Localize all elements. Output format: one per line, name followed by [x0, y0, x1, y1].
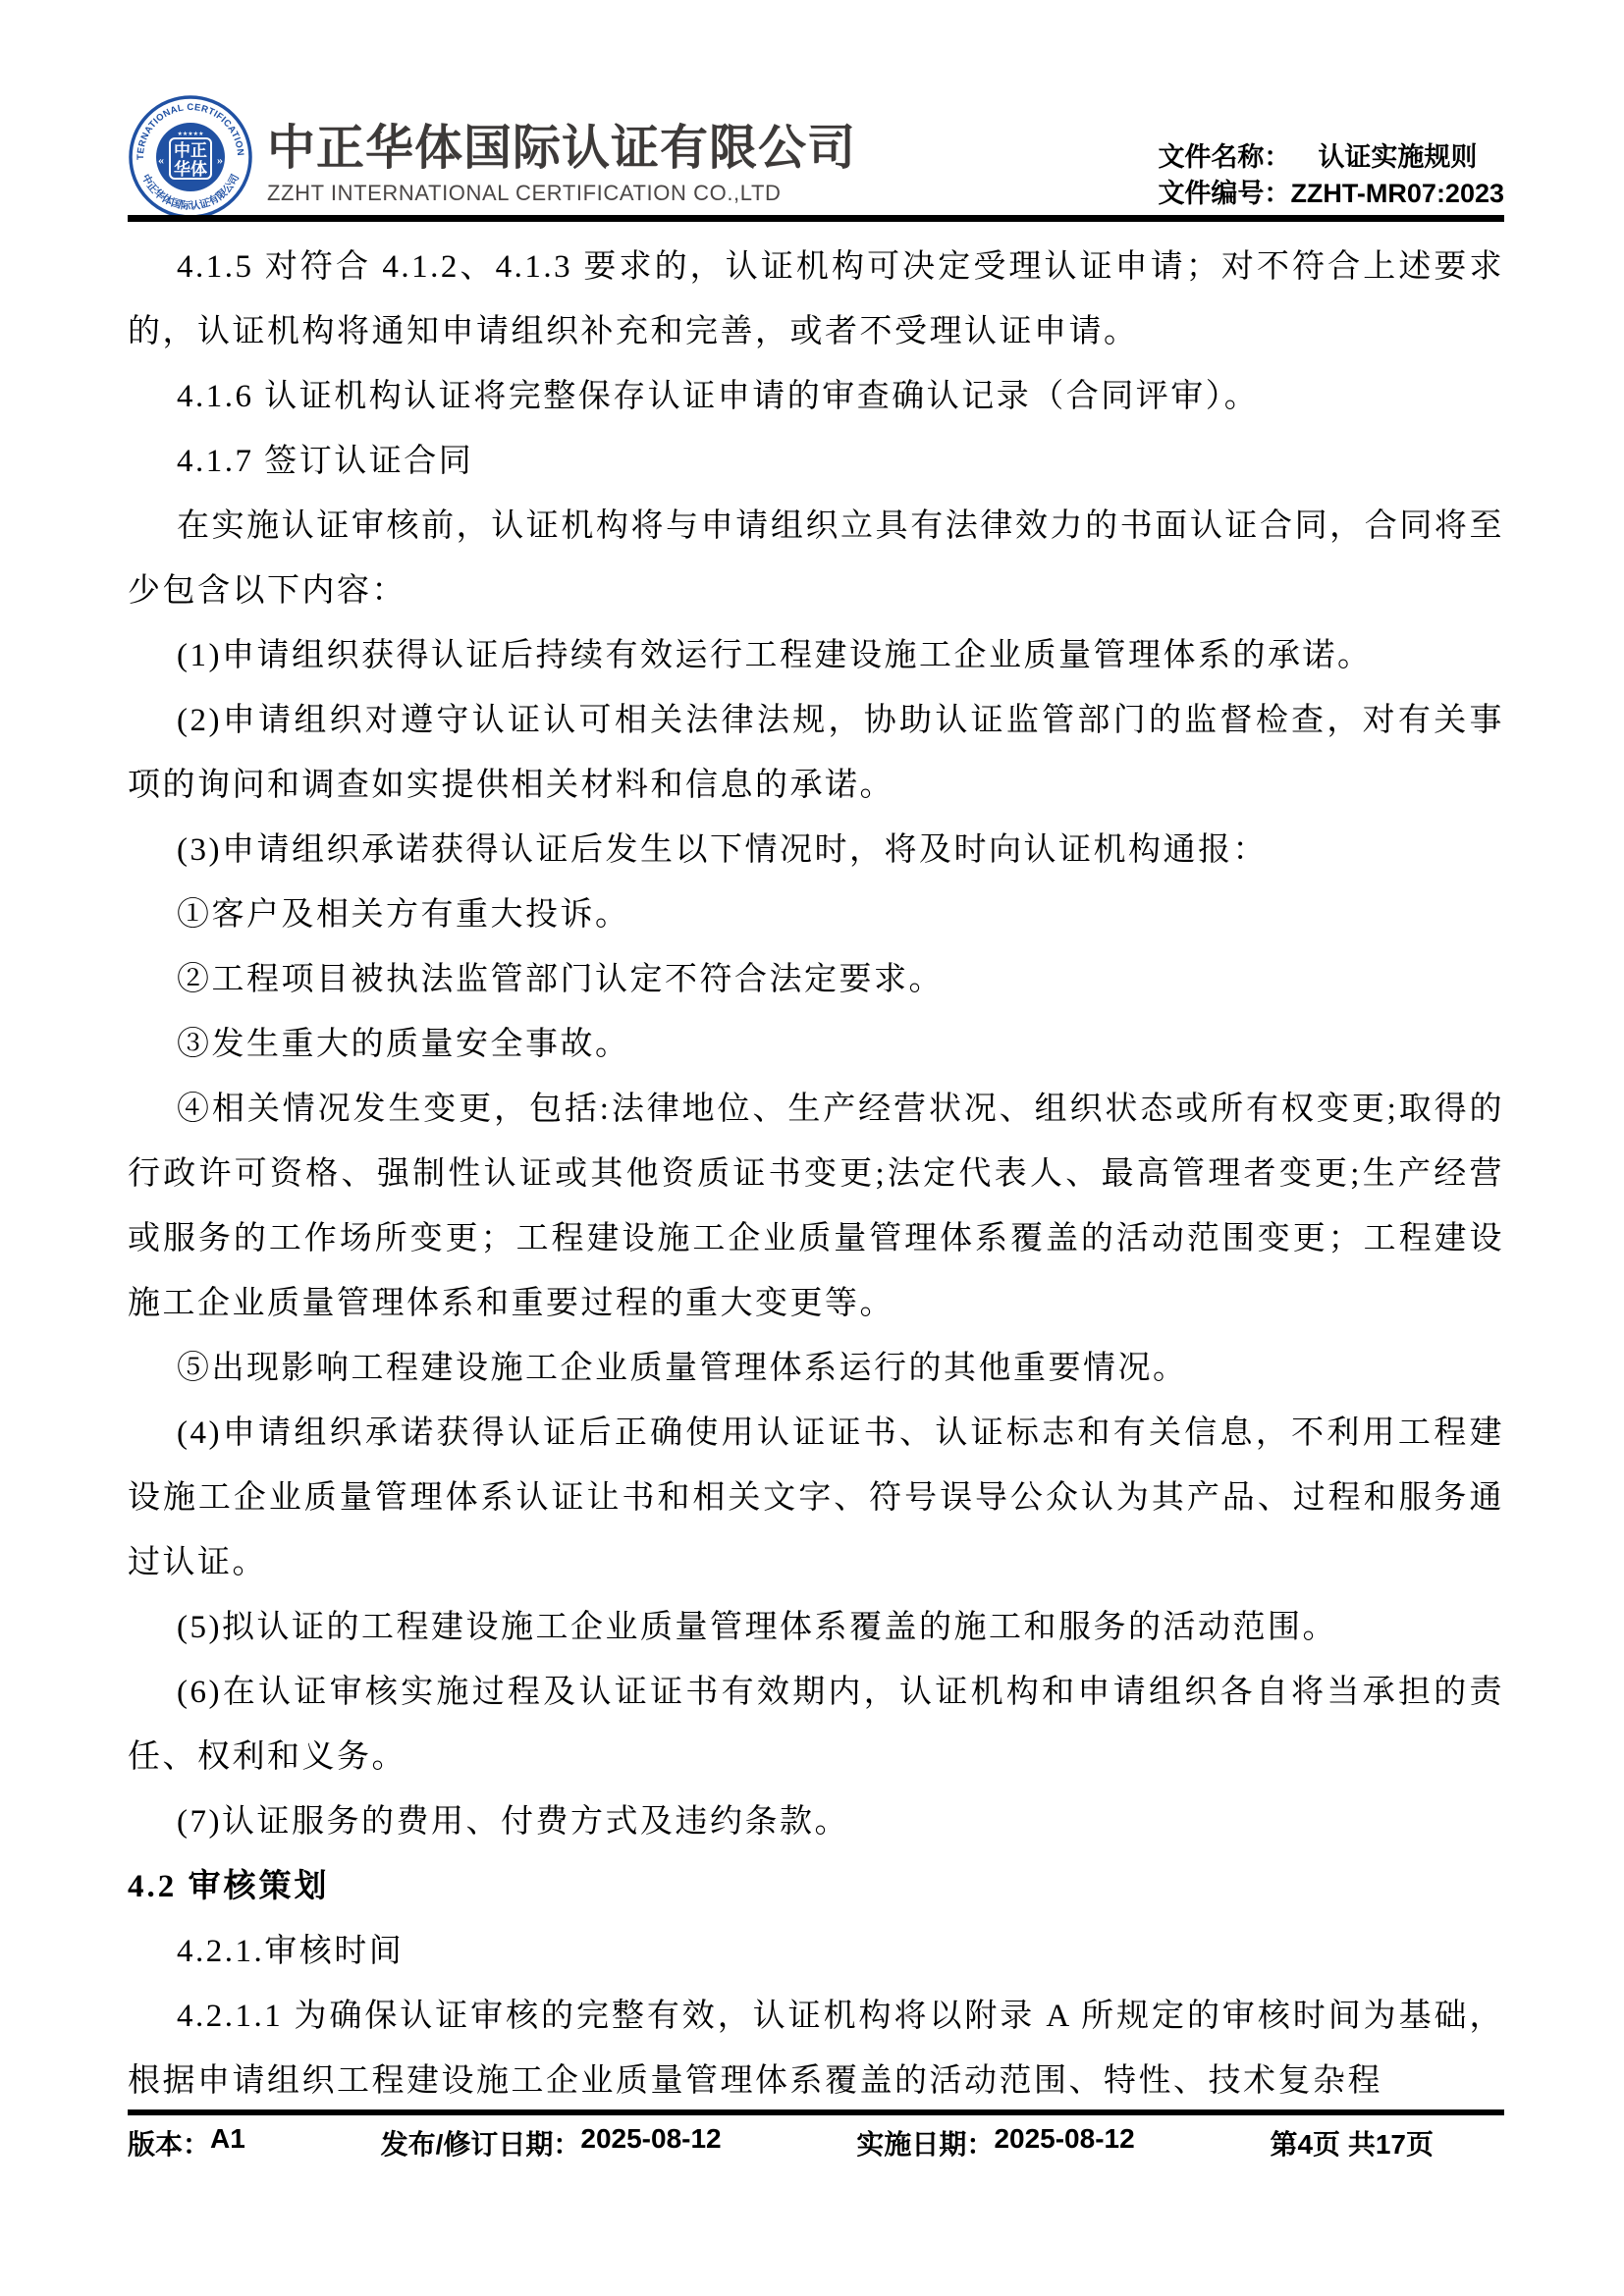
footer-implementation-date-label: 实施日期：	[856, 2123, 994, 2163]
footer-page-number: 第4页 共17页	[1270, 2123, 1434, 2163]
doc-name-label: 文件名称：	[1158, 139, 1290, 176]
paragraph: 4.1.5 对符合 4.1.2、4.1.3 要求的，认证机构可决定受理认证申请；…	[128, 235, 1504, 364]
logo-stars: ★★★★★	[178, 131, 204, 137]
doc-number-label: 文件编号：	[1158, 176, 1290, 212]
page-footer: 版本： A1 发布/修订日期： 2025-08-12 实施日期： 2025-08…	[128, 2123, 1434, 2163]
doc-number-row: 文件编号： ZZHT-MR07:2023	[1158, 176, 1504, 212]
paragraph: (5)拟认证的工程建设施工企业质量管理体系覆盖的施工和服务的活动范围。	[128, 1595, 1504, 1660]
footer-release-date: 发布/修订日期： 2025-08-12	[381, 2123, 722, 2163]
company-seal-icon: ZZHT INTERNATIONAL CERTIFICATION CO.,LTD…	[128, 94, 253, 220]
paragraph: 在实施认证审核前，认证机构将与申请组织立具有法律效力的书面认证合同，合同将至少包…	[128, 494, 1504, 623]
paragraph: 4.1.7 签订认证合同	[128, 429, 1504, 494]
paragraph: ①客户及相关方有重大投诉。	[128, 882, 1504, 947]
paragraph: 4.2.1.1 为确保认证审核的完整有效，认证机构将以附录 A 所规定的审核时间…	[128, 1984, 1504, 2113]
logo-seal-line2: 华体	[174, 159, 207, 179]
footer-release-date-label: 发布/修订日期：	[381, 2123, 581, 2163]
section-heading-4-2: 4.2 审核策划	[128, 1854, 1504, 1919]
document-body: 4.1.5 对符合 4.1.2、4.1.3 要求的，认证机构可决定受理认证申请；…	[128, 235, 1504, 2113]
document-info-block: 文件名称： 认证实施规则 文件编号： ZZHT-MR07:2023	[1158, 94, 1504, 212]
paragraph: (3)申请组织承诺获得认证后发生以下情况时，将及时向认证机构通报：	[128, 818, 1504, 882]
paragraph: ③发生重大的质量安全事故。	[128, 1012, 1504, 1077]
header-divider	[128, 215, 1504, 222]
logo-left-chevron: «	[158, 153, 164, 167]
doc-name-row: 文件名称： 认证实施规则	[1158, 139, 1504, 176]
page-header: ZZHT INTERNATIONAL CERTIFICATION CO.,LTD…	[128, 94, 1504, 220]
footer-version-label: 版本：	[128, 2123, 210, 2163]
company-name-block: 中正华体国际认证有限公司 ZZHT INTERNATIONAL CERTIFIC…	[267, 94, 856, 206]
footer-implementation-date: 实施日期： 2025-08-12	[856, 2123, 1134, 2163]
paragraph: (2)申请组织对遵守认证认可相关法律法规，协助认证监管部门的监督检查，对有关事项…	[128, 688, 1504, 818]
logo-right-chevron: »	[217, 153, 223, 167]
footer-version: 版本： A1	[128, 2123, 245, 2163]
paragraph: (6)在认证审核实施过程及认证证书有效期内，认证机构和申请组织各自将当承担的责任…	[128, 1660, 1504, 1789]
company-name-cn: 中正华体国际认证有限公司	[267, 122, 856, 176]
doc-name-value: 认证实施规则	[1318, 139, 1477, 176]
paragraph: ④相关情况发生变更，包括:法律地位、生产经营状况、组织状态或所有权变更;取得的行…	[128, 1077, 1504, 1336]
company-name-en: ZZHT INTERNATIONAL CERTIFICATION CO.,LTD	[267, 181, 856, 206]
footer-version-value: A1	[210, 2123, 245, 2163]
paragraph: ②工程项目被执法监管部门认定不符合法定要求。	[128, 947, 1504, 1012]
footer-release-date-value: 2025-08-12	[580, 2123, 721, 2163]
footer-divider	[128, 2109, 1504, 2115]
paragraph: (7)认证服务的费用、付费方式及违约条款。	[128, 1789, 1504, 1854]
paragraph: 4.1.6 认证机构认证将完整保存认证申请的审查确认记录（合同评审）。	[128, 364, 1504, 429]
footer-implementation-date-value: 2025-08-12	[994, 2123, 1134, 2163]
doc-number-value: ZZHT-MR07:2023	[1290, 176, 1504, 212]
logo-seal-line1: 中正	[174, 140, 207, 160]
paragraph: 4.2.1.审核时间	[128, 1919, 1504, 1984]
paragraph: ⑤出现影响工程建设施工企业质量管理体系运行的其他重要情况。	[128, 1336, 1504, 1401]
paragraph: (1)申请组织获得认证后持续有效运行工程建设施工企业质量管理体系的承诺。	[128, 623, 1504, 688]
paragraph: (4)申请组织承诺获得认证后正确使用认证证书、认证标志和有关信息，不利用工程建设…	[128, 1401, 1504, 1595]
document-page: ZZHT INTERNATIONAL CERTIFICATION CO.,LTD…	[0, 0, 1624, 2296]
